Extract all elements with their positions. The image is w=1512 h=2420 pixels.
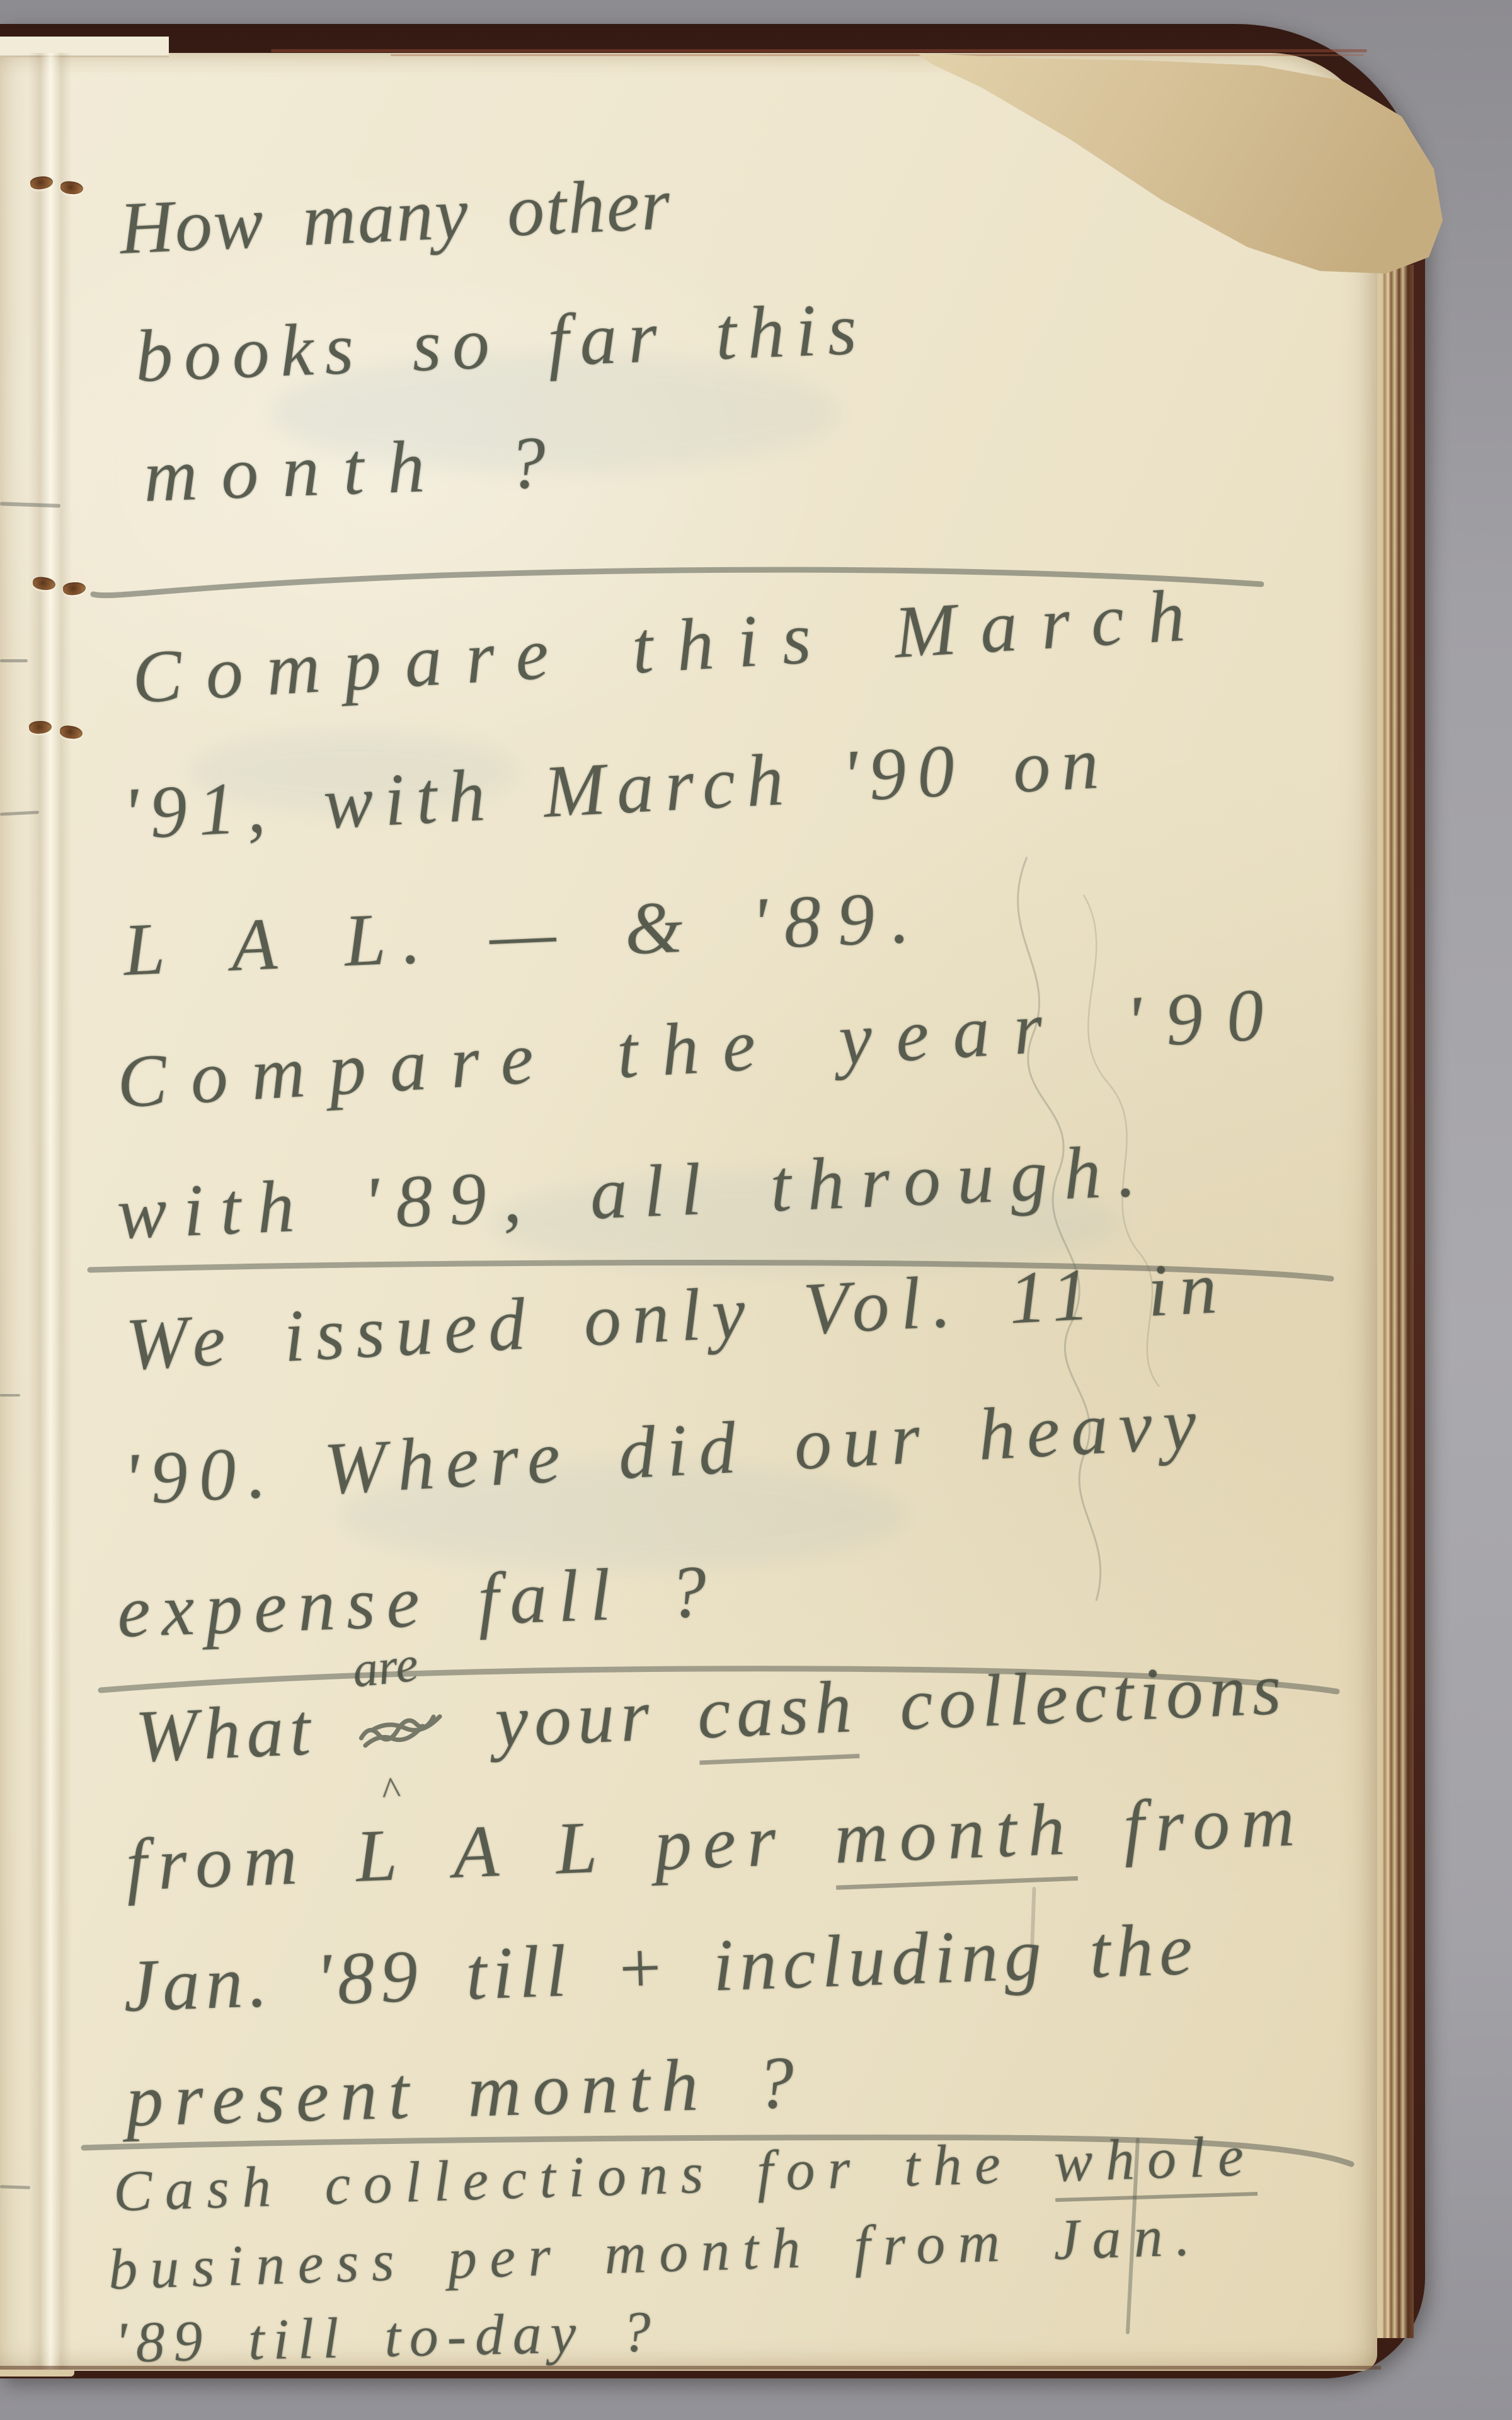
- margin-stroke: [0, 1394, 20, 1397]
- line-segment: What: [134, 1686, 360, 1778]
- strikeout-scribble: [357, 1687, 453, 1741]
- notebook-photo: How many other books so far this month ?…: [0, 0, 1512, 2420]
- underlined-word-cash: cash: [696, 1665, 859, 1765]
- line-segment: from: [1074, 1778, 1307, 1870]
- line-segment: your: [451, 1672, 699, 1765]
- line-month: month ?: [142, 418, 571, 519]
- margin-stroke: [0, 659, 28, 662]
- page-edge-line: [391, 54, 1364, 56]
- underlined-word-month: month: [833, 1787, 1078, 1890]
- line-89-till-today: '89 till to-day ?: [114, 2298, 660, 2376]
- page-stack-edge: [1377, 265, 1414, 2338]
- insertion-caret: ^: [380, 1767, 402, 1815]
- page-edge-line: [271, 49, 1367, 52]
- line-segment: collections: [856, 1647, 1288, 1747]
- gutter-crease: [28, 53, 72, 2370]
- underlying-page-step: [0, 2370, 74, 2377]
- underlying-page-sliver: [0, 37, 169, 57]
- underlined-word-whole: whole: [1053, 2123, 1257, 2202]
